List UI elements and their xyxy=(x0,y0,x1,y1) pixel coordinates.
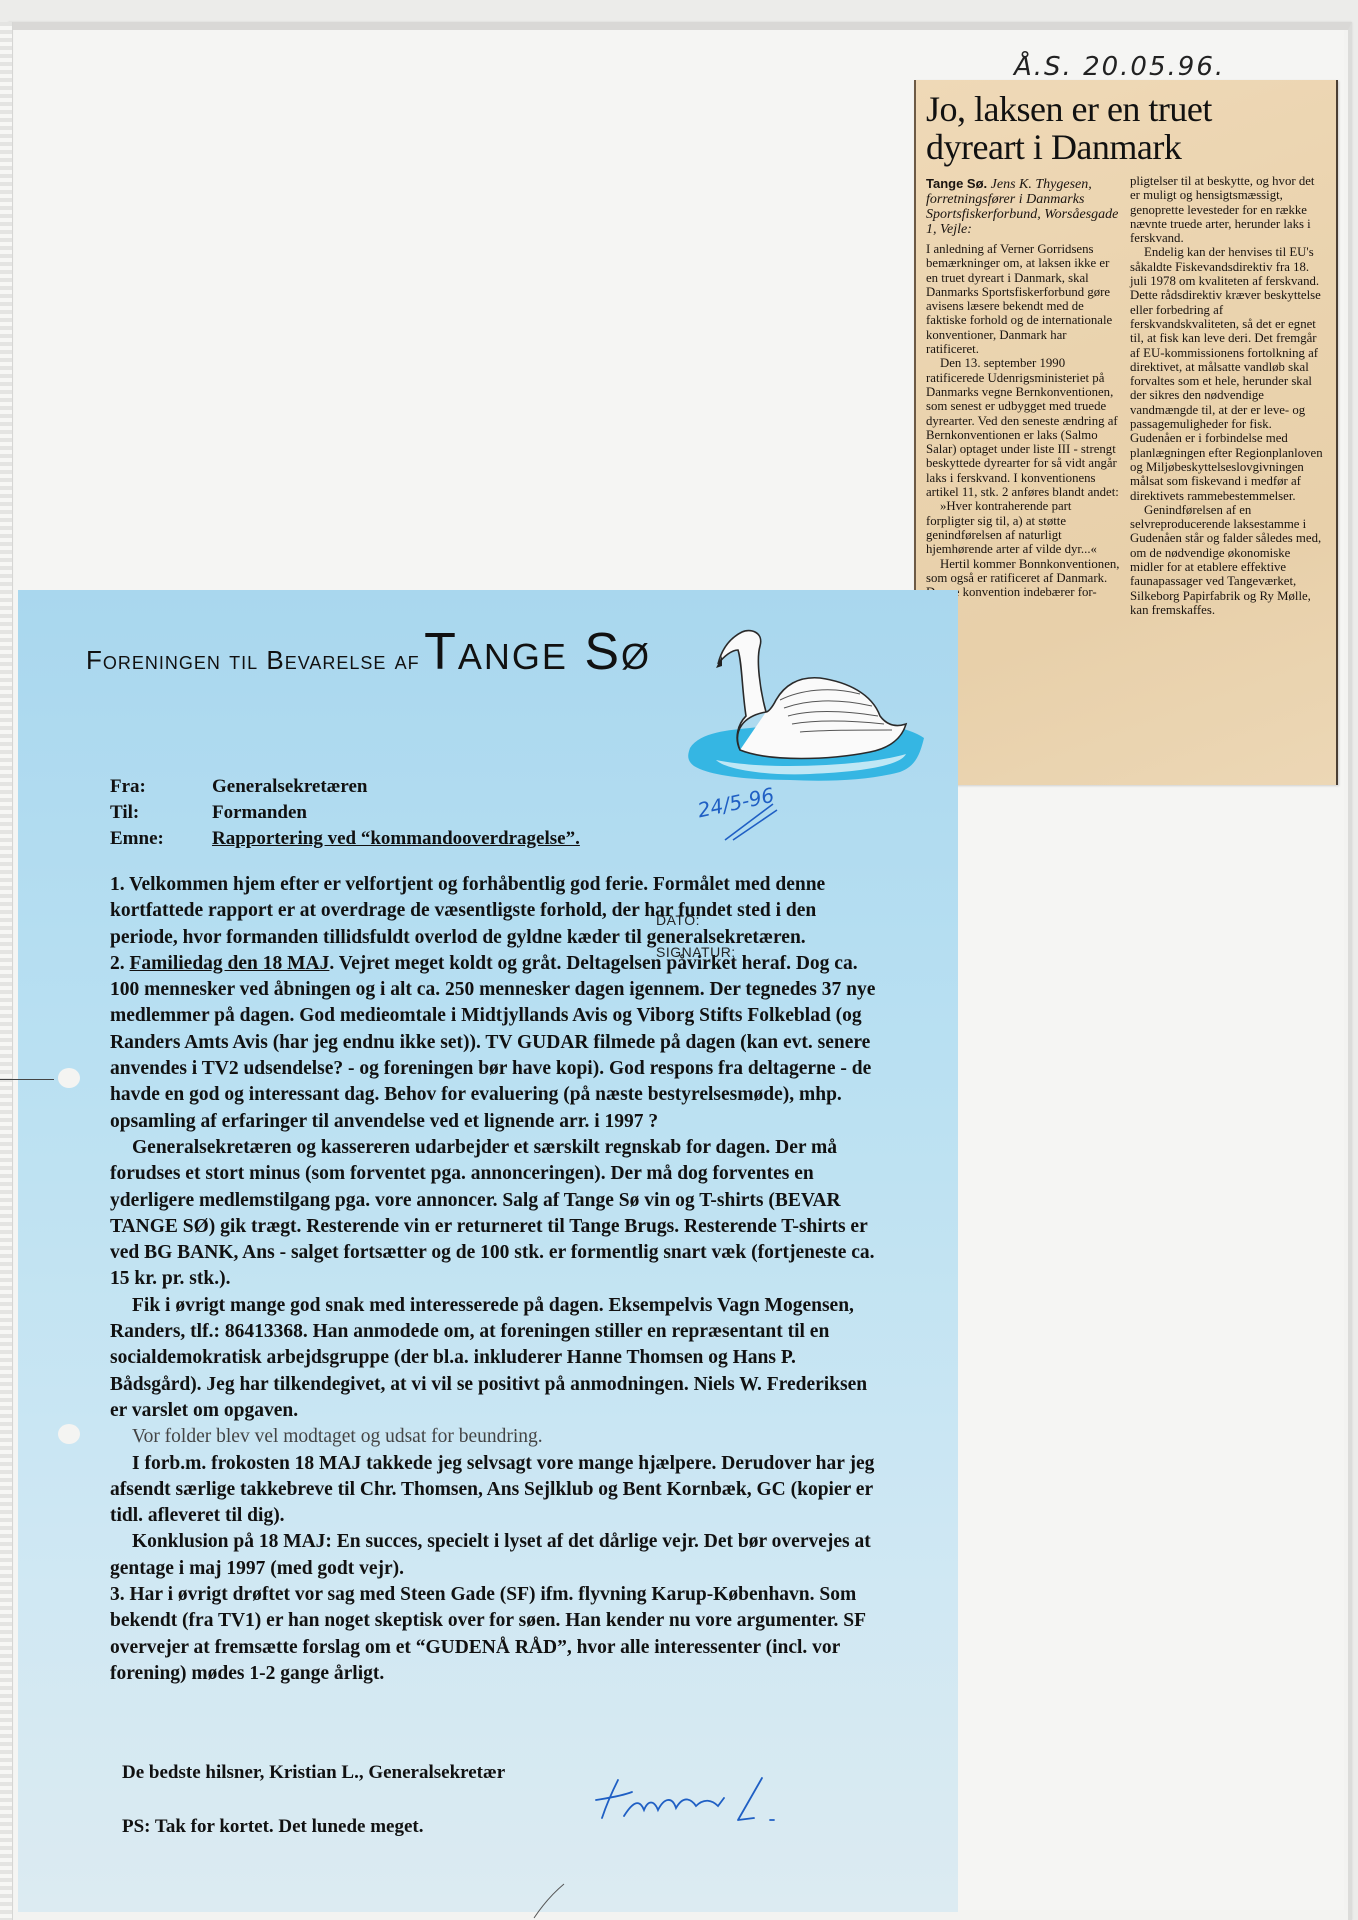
letter-body: 1. Velkommen hjem efter er velfortjent o… xyxy=(110,872,880,1687)
paragraph-steen-gade: 3. Har i øvrigt drøftet vor sag med Stee… xyxy=(110,1582,880,1687)
stamp-signature-label: SIGNATUR: xyxy=(656,944,736,960)
stray-pen-mark xyxy=(530,1880,570,1920)
meta-row-to: Til: Formanden xyxy=(110,800,580,826)
clipping-paragraph: Endelig kan der henvises til EU's såkald… xyxy=(1130,245,1326,502)
section-number: 2. xyxy=(110,953,130,974)
byline-place: Tange Sø. xyxy=(926,176,987,191)
family-day-text: . Vejret meget koldt og gråt. Deltagelse… xyxy=(110,953,875,1132)
paragraph-contacts: Fik i øvrigt mange god snak med interess… xyxy=(110,1293,880,1424)
clipping-headline: Jo, laksen er en truet dyreart i Danmark xyxy=(926,90,1326,166)
letterhead-lake-name: Tange Sø xyxy=(424,623,651,681)
margin-line xyxy=(0,1079,54,1080)
paragraph-conclusion: Konklusion på 18 MAJ: En succes, speciel… xyxy=(110,1529,880,1582)
clipping-paragraph: Genindførelsen af en selvreproducerende … xyxy=(1130,503,1326,617)
handwritten-signature xyxy=(588,1770,788,1830)
paragraph-accounts: Generalsekretæren og kassereren udarbejd… xyxy=(110,1135,880,1293)
postscript: PS: Tak for kortet. Det lunede meget. xyxy=(122,1816,424,1838)
handwritten-received-date: 24/5-96 xyxy=(695,782,815,842)
clipping-paragraph: pligtelser til at beskytte, og hvor det … xyxy=(1130,174,1326,245)
paragraph-folder: Vor folder blev vel modtaget og udsat fo… xyxy=(110,1424,880,1450)
from-value: Generalsekretæren xyxy=(212,774,367,800)
subject-value: Rapportering ved “kommandooverdragelse”. xyxy=(212,826,580,852)
binder-hole xyxy=(58,1424,80,1444)
closing-greeting: De bedste hilsner, Kristian L., Generals… xyxy=(122,1762,505,1784)
binder-hole xyxy=(58,1068,80,1088)
clipping-column-2: pligtelser til at beskytte, og hvor det … xyxy=(1130,174,1326,617)
sleeve-perforation xyxy=(0,22,13,1920)
clipping-column-1: Tange Sø. Jens K. Thygesen, forretningsf… xyxy=(926,176,1122,599)
letterhead-org-name: Foreningen til Bevarelse af xyxy=(86,645,420,675)
headline-line-2: dyreart i Danmark xyxy=(926,128,1326,166)
from-label: Fra: xyxy=(110,774,212,800)
svg-text:24/5-96: 24/5-96 xyxy=(695,783,776,823)
letterhead: Foreningen til Bevarelse af Tange Sø xyxy=(86,622,651,682)
stamp-date-label: DATO: xyxy=(656,912,700,928)
letter-header-fields: Fra: Generalsekretæren Til: Formanden Em… xyxy=(110,774,580,852)
to-label: Til: xyxy=(110,800,212,826)
paragraph-thanks: I forb.m. frokosten 18 MAJ takkede jeg s… xyxy=(110,1451,880,1530)
headline-line-1: Jo, laksen er en truet xyxy=(926,90,1326,128)
meta-row-subject: Emne: Rapportering ved “kommandooverdrag… xyxy=(110,826,580,852)
clipping-byline: Tange Sø. Jens K. Thygesen, forretningsf… xyxy=(926,176,1122,237)
clipping-paragraph: »Hver kontraherende part forpligter sig … xyxy=(926,499,1122,556)
to-value: Formanden xyxy=(212,800,307,826)
swan-logo-icon xyxy=(680,620,930,800)
paragraph-family-day: 2. Familiedag den 18 MAJ. Vejret meget k… xyxy=(110,951,880,1135)
paragraph-welcome: 1. Velkommen hjem efter er velfortjent o… xyxy=(110,872,880,951)
newspaper-clipping: Jo, laksen er en truet dyreart i Danmark… xyxy=(914,80,1338,785)
family-day-heading: Familiedag den 18 MAJ xyxy=(130,953,330,974)
meta-row-from: Fra: Generalsekretæren xyxy=(110,774,580,800)
clipping-paragraph: I anledning af Verner Gorridsens bemærkn… xyxy=(926,242,1122,356)
subject-label: Emne: xyxy=(110,826,212,852)
clipping-paragraph: Den 13. september 1990 ratificerede Uden… xyxy=(926,356,1122,499)
